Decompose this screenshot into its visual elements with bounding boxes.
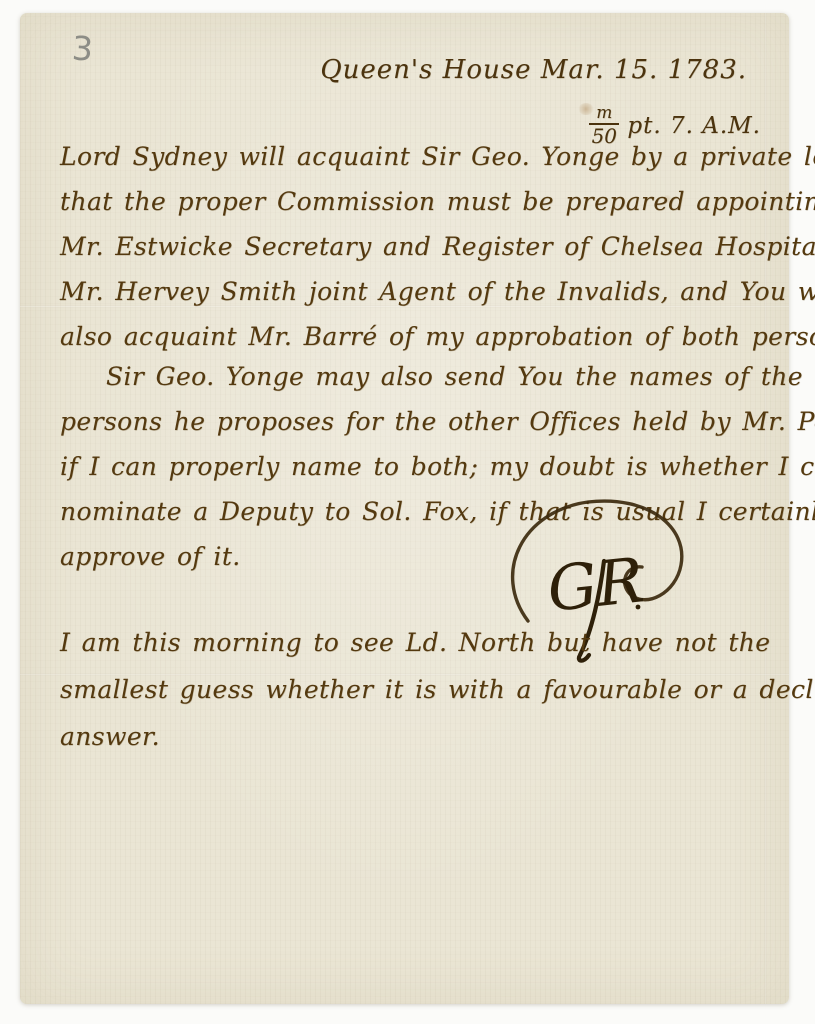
letter-line: that the proper Commission must be prepa… xyxy=(60,179,775,224)
letter-line: also acquaint Mr. Barré of my approbatio… xyxy=(60,314,775,359)
letter-line: smallest guess whether it is with a favo… xyxy=(60,666,775,713)
dateline: Queen's House Mar. 15. 1783. xyxy=(320,55,747,85)
letter-line: I am this morning to see Ld. North but h… xyxy=(60,619,775,666)
letter-line: Sir Geo. Yonge may also send You the nam… xyxy=(60,354,775,399)
letter-sheet: 3 Queen's House Mar. 15. 1783. m 50 pt. … xyxy=(20,13,789,1004)
letter-line: persons he proposes for the other Office… xyxy=(60,399,775,444)
paragraph-appointments: Lord Sydney will acquaint Sir Geo. Yonge… xyxy=(60,134,775,359)
letter-line: if I can properly name to both; my doubt… xyxy=(60,444,775,489)
letter-line: answer. xyxy=(60,713,775,760)
letter-line: Mr. Hervey Smith joint Agent of the Inva… xyxy=(60,269,775,314)
pencil-folio-number: 3 xyxy=(71,28,95,68)
photo-background: 3 Queen's House Mar. 15. 1783. m 50 pt. … xyxy=(0,0,815,1024)
letter-line: Mr. Estwicke Secretary and Register of C… xyxy=(60,224,775,269)
cipher-letters: GR xyxy=(544,543,647,626)
paragraph-lord-north: I am this morning to see Ld. North but h… xyxy=(60,619,775,760)
time-fraction-numerator: m xyxy=(589,105,619,125)
letter-line: Lord Sydney will acquaint Sir Geo. Yonge… xyxy=(60,134,775,179)
